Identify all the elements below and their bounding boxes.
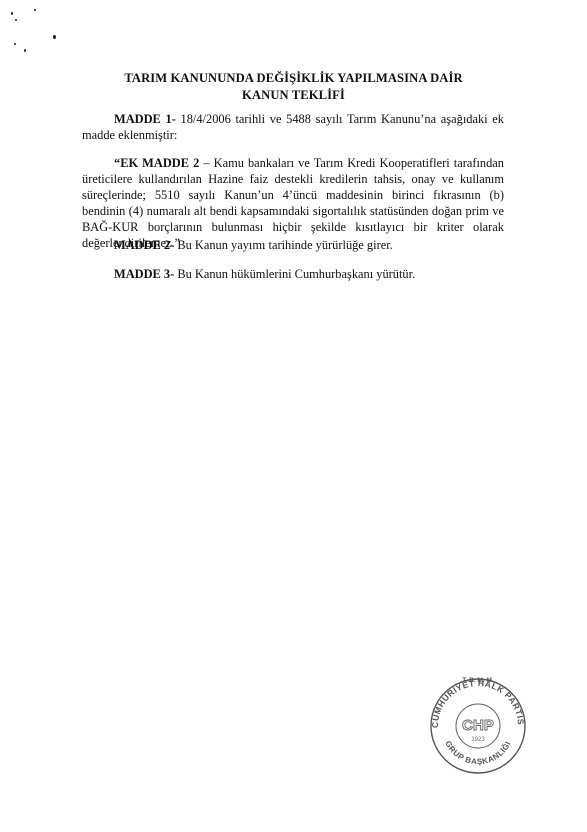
- scan-speck: [53, 35, 56, 39]
- stamp-top-text: T. B. M. M.: [462, 677, 494, 684]
- scan-speck: [24, 49, 26, 52]
- article-label: MADDE 1-: [114, 112, 176, 126]
- article-3: MADDE 3- Bu Kanun hükümlerini Cumhurbaşk…: [82, 266, 504, 282]
- document-title: TARIM KANUNUNDA DEĞİŞİKLİK YAPILMASINA D…: [0, 70, 587, 104]
- scan-speck: [11, 12, 13, 15]
- scan-speck: [14, 43, 16, 45]
- svg-text:GRUP BAŞKANLIĞI: GRUP BAŞKANLIĞI: [443, 739, 513, 766]
- article-text: Bu Kanun yayımı tarihinde yürürlüğe gire…: [174, 238, 393, 252]
- article-text: Bu Kanun hükümlerini Cumhurbaşkanı yürüt…: [174, 267, 415, 281]
- document-page: TARIM KANUNUNDA DEĞİŞİKLİK YAPILMASINA D…: [0, 0, 587, 832]
- article-1: MADDE 1- 18/4/2006 tarihli ve 5488 sayıl…: [82, 111, 504, 143]
- scan-speck: [15, 19, 17, 21]
- article-label: MADDE 2-: [114, 238, 174, 252]
- article-label: “EK MADDE 2: [114, 156, 199, 170]
- scan-speck: [34, 9, 36, 11]
- article-label: MADDE 3-: [114, 267, 174, 281]
- stamp-year: 1923: [471, 737, 485, 743]
- stamp-bottom-text: GRUP BAŞKANLIĞI: [443, 739, 513, 766]
- party-stamp-icon: CUMHURİYET HALK PARTİSİ GRUP BAŞKANLIĞI …: [424, 668, 532, 776]
- title-line-1: TARIM KANUNUNDA DEĞİŞİKLİK YAPILMASINA D…: [0, 70, 587, 87]
- title-line-2: KANUN TEKLİFİ: [0, 87, 587, 104]
- stamp-logo: CHP: [462, 717, 494, 734]
- article-text: – Kamu bankaları ve Tarım Kredi Kooperat…: [82, 156, 504, 250]
- article-2: MADDE 2- Bu Kanun yayımı tarihinde yürür…: [82, 237, 504, 253]
